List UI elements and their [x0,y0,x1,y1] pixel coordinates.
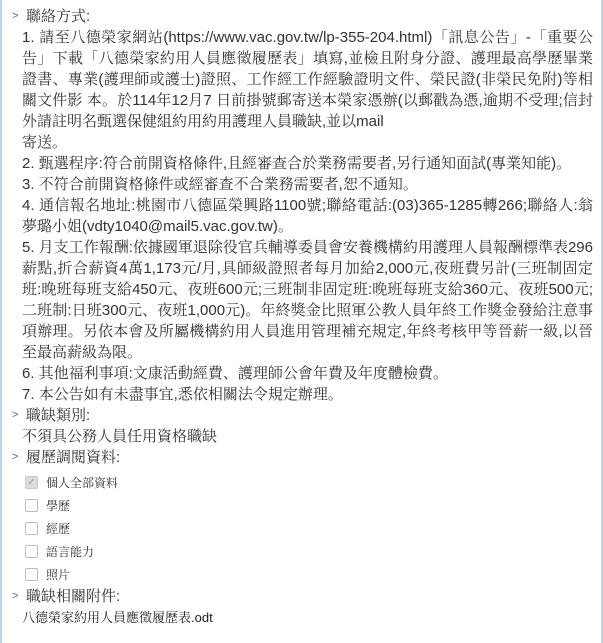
contact-item-5: 5. 月支工作報酬:依據國軍退除役官兵輔導委員會安養機構約用護理人員報酬標準表2… [22,237,593,363]
contact-item-2: 2. 甄選程序:符合前開資格條件,且經審查合於業務需要者,另行通知面試(專業知能… [22,153,593,174]
section-header-resume-access: > 履歷調閱資料: [10,447,593,468]
checkmark-icon: ✓ [27,477,35,488]
contact-item-6: 6. 其他福利事項:文康活動經費、護理師公會年費及年度體檢費。 [22,363,593,384]
checkbox-label-photo: 照片 [46,566,70,583]
attachment-link[interactable]: 八德榮家約用人員應徵履歷表.odt [10,607,593,627]
checkbox-label-experience: 經歷 [46,520,70,537]
section-label-attachments: 職缺相關附件: [26,586,120,607]
checkbox-label-language: 語言能力 [46,543,94,560]
contact-item-7: 7. 本公告如有未盡事宜,悉依相關法令規定辦理。 [22,384,593,405]
resume-option-row-education: ✓ 學歷 [25,494,593,517]
checkbox-all-data[interactable]: ✓ [25,476,38,489]
chevron-bullet-icon: > [10,405,26,426]
checkbox-photo[interactable]: ✓ [25,568,38,581]
chevron-bullet-icon: > [10,586,26,607]
resume-option-row-language: ✓ 語言能力 [25,540,593,563]
checkbox-language[interactable]: ✓ [25,545,38,558]
section-attachments: > 職缺相關附件: 八德榮家約用人員應徵履歷表.odt [10,586,593,627]
section-label-resume-access: 履歷調閱資料: [26,447,120,468]
contact-item-4: 4. 通信報名地址:桃園市八德區榮興路1100號;聯絡電話:(03)365-12… [22,195,593,237]
section-resume-access: > 履歷調閱資料: ✓ 個人全部資料 ✓ 學歷 ✓ 經歷 [10,447,593,586]
resume-access-options: ✓ 個人全部資料 ✓ 學歷 ✓ 經歷 ✓ 語言能力 [10,468,593,586]
checkbox-label-all-data: 個人全部資料 [46,474,118,491]
chevron-bullet-icon: > [10,447,26,468]
section-header-attachments: > 職缺相關附件: [10,586,593,607]
contact-item-3: 3. 不符合前開資格條件或經審查不合業務需要者,恕不通知。 [22,174,593,195]
section-job-category: > 職缺類別: 不須具公務人員任用資格職缺 [10,405,593,447]
section-label-job-category: 職缺類別: [26,405,90,426]
contact-item-1: 1. 請至八德榮家網站(https://www.vac.gov.tw/lp-35… [22,27,593,153]
checkbox-label-education: 學歷 [46,497,70,514]
section-label-contact: 聯絡方式: [26,6,90,27]
resume-option-row-photo: ✓ 照片 [25,563,593,586]
checkbox-education[interactable]: ✓ [25,499,38,512]
resume-option-row-experience: ✓ 經歷 [25,517,593,540]
section-header-job-category: > 職缺類別: [10,405,593,426]
checkbox-experience[interactable]: ✓ [25,522,38,535]
resume-option-row-all-data: ✓ 個人全部資料 [25,471,593,494]
section-header-contact: > 聯絡方式: [10,6,593,27]
contact-body: 1. 請至八德榮家網站(https://www.vac.gov.tw/lp-35… [10,27,593,405]
job-category-value: 不須具公務人員任用資格職缺 [22,426,593,447]
chevron-bullet-icon: > [10,6,26,27]
job-category-body: 不須具公務人員任用資格職缺 [10,426,593,447]
job-posting-detail-panel: > 聯絡方式: 1. 請至八德榮家網站(https://www.vac.gov.… [0,0,603,643]
section-contact: > 聯絡方式: 1. 請至八德榮家網站(https://www.vac.gov.… [10,6,593,405]
